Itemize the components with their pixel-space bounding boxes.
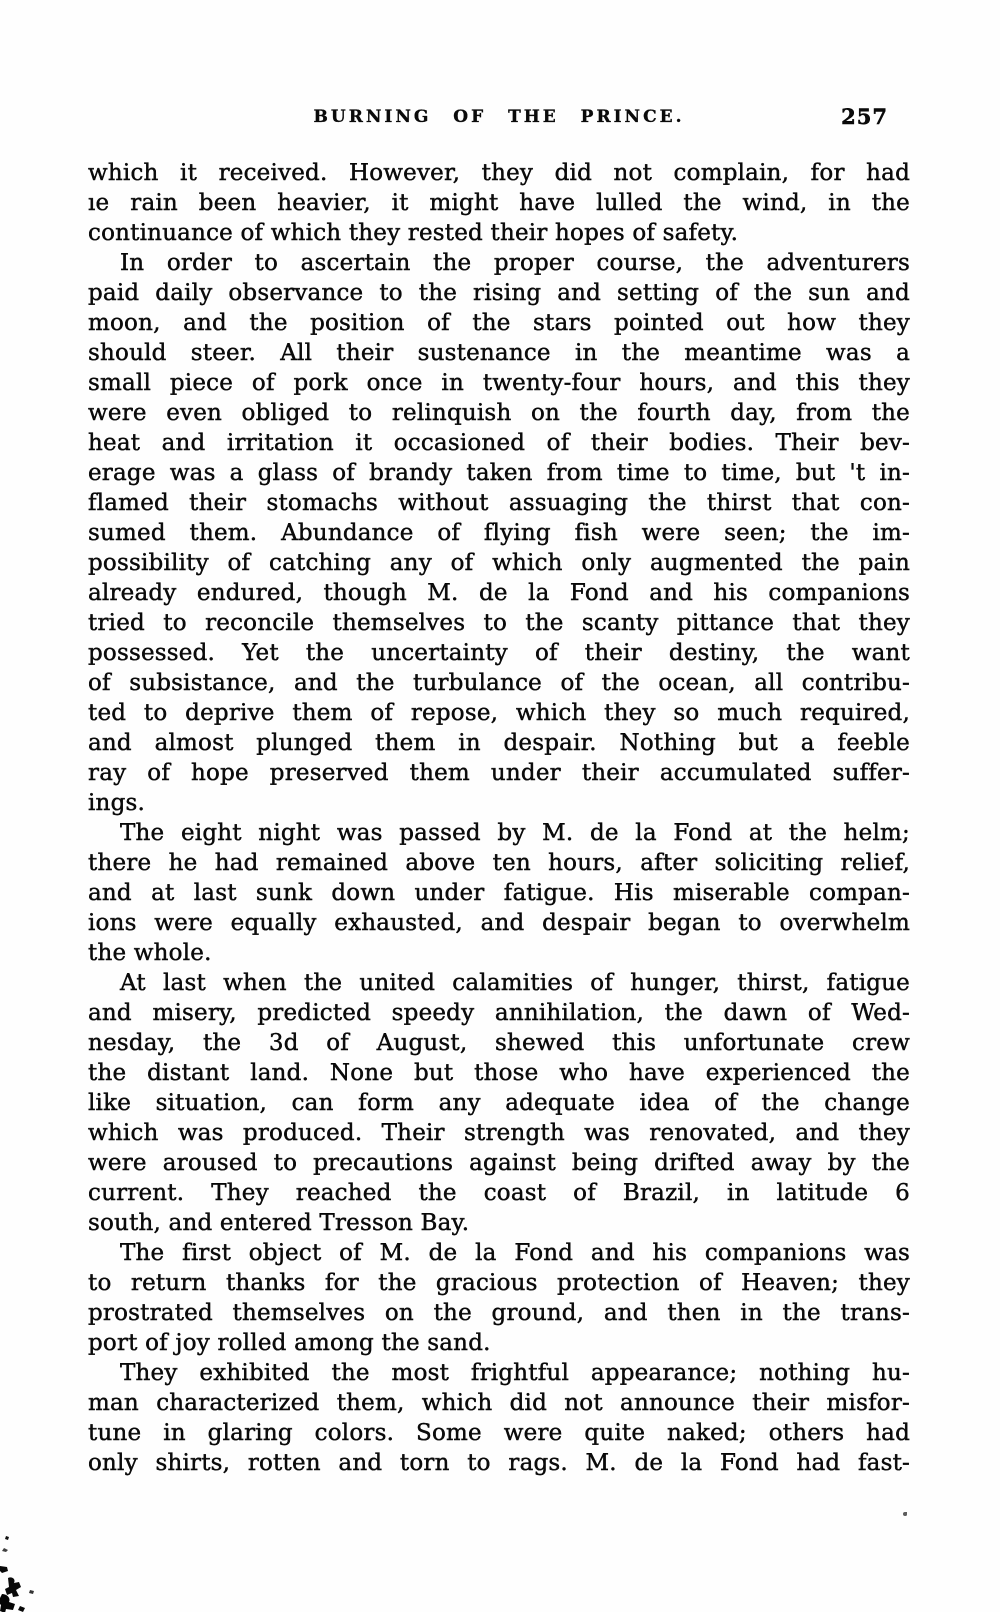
text-line: the distant land. None but those who hav… <box>88 1058 910 1088</box>
text-line: to return thanks for the gracious protec… <box>88 1268 910 1298</box>
text-line: possessed. Yet the uncertainty of their … <box>88 638 910 668</box>
text-line: prostrated themselves on the ground, and… <box>88 1298 910 1328</box>
text-line: already endured, though M. de la Fond an… <box>88 578 910 608</box>
text-line: erage was a glass of brandy taken from t… <box>88 458 910 488</box>
text-line: man characterized them, which did not an… <box>88 1388 910 1418</box>
text-column: which it received. However, they did not… <box>88 158 910 1478</box>
text-line: tune in glaring colors. Some were quite … <box>88 1418 910 1448</box>
text-line: ıe rain been heavier, it might have lull… <box>88 188 910 218</box>
text-line: continuance of which they rested their h… <box>88 218 910 248</box>
ink-speck <box>903 1512 907 1516</box>
running-header: BURNING OF THE PRINCE. 257 <box>88 104 910 130</box>
text-line: were aroused to precautions against bein… <box>88 1148 910 1178</box>
text-line: like situation, can form any adequate id… <box>88 1088 910 1118</box>
text-line: They exhibited the most frightful appear… <box>88 1358 910 1388</box>
paragraph: The eight night was passed by M. de la F… <box>88 818 910 968</box>
text-line: nesday, the 3d of August, shewed this un… <box>88 1028 910 1058</box>
text-line: which was produced. Their strength was r… <box>88 1118 910 1148</box>
text-line: tried to reconcile themselves to the sca… <box>88 608 910 638</box>
text-line: and almost plunged them in despair. Noth… <box>88 728 910 758</box>
text-line: were even obliged to relinquish on the f… <box>88 398 910 428</box>
text-line: ions were equally exhausted, and despair… <box>88 908 910 938</box>
paragraph: At last when the united calamities of hu… <box>88 968 910 1238</box>
text-line: flamed their stomachs without assuaging … <box>88 488 910 518</box>
text-line: sumed them. Abundance of flying fish wer… <box>88 518 910 548</box>
scanned-book-page: BURNING OF THE PRINCE. 257 which it rece… <box>0 0 1000 1612</box>
text-line: should steer. All their sustenance in th… <box>88 338 910 368</box>
paragraph: which it received. However, they did not… <box>88 158 910 248</box>
text-line: current. They reached the coast of Brazi… <box>88 1178 910 1208</box>
text-line: and misery, predicted speedy annihilatio… <box>88 998 910 1028</box>
text-line: ted to deprive them of repose, which the… <box>88 698 910 728</box>
text-line: of subsistance, and the turbulance of th… <box>88 668 910 698</box>
paragraph: The first object of M. de la Fond and hi… <box>88 1238 910 1358</box>
text-line: possibility of catching any of which onl… <box>88 548 910 578</box>
text-line: only shirts, rotten and torn to rags. M.… <box>88 1448 910 1478</box>
page-number: 257 <box>841 104 888 129</box>
text-line: The eight night was passed by M. de la F… <box>88 818 910 848</box>
text-line: the whole. <box>88 938 910 968</box>
paragraph: They exhibited the most frightful appear… <box>88 1358 910 1478</box>
text-line: and at last sunk down under fatigue. His… <box>88 878 910 908</box>
ink-smudge <box>0 1478 70 1612</box>
text-line: port of joy rolled among the sand. <box>88 1328 910 1358</box>
text-line: ings. <box>88 788 910 818</box>
text-line: small piece of pork once in twenty-four … <box>88 368 910 398</box>
text-line: At last when the united calamities of hu… <box>88 968 910 998</box>
text-line: In order to ascertain the proper course,… <box>88 248 910 278</box>
paragraph: In order to ascertain the proper course,… <box>88 248 910 818</box>
text-line: south, and entered Tresson Bay. <box>88 1208 910 1238</box>
chapter-title: BURNING OF THE PRINCE. <box>88 107 910 127</box>
text-line: moon, and the position of the stars poin… <box>88 308 910 338</box>
text-line: ray of hope preserved them under their a… <box>88 758 910 788</box>
text-line: heat and irritation it occasioned of the… <box>88 428 910 458</box>
text-line: The first object of M. de la Fond and hi… <box>88 1238 910 1268</box>
text-line: paid daily observance to the rising and … <box>88 278 910 308</box>
text-line: there he had remained above ten hours, a… <box>88 848 910 878</box>
text-line: which it received. However, they did not… <box>88 158 910 188</box>
